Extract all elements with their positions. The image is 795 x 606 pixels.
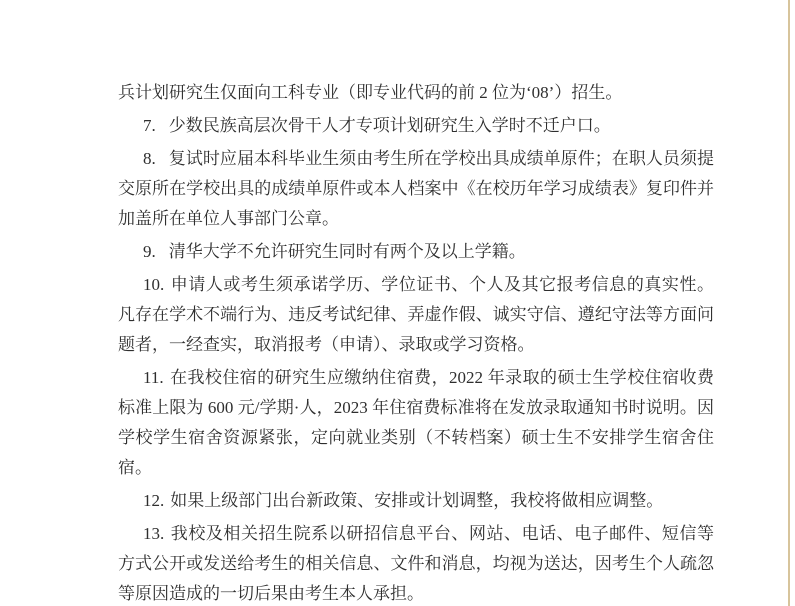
paragraph: 11.在我校住宿的研究生应缴纳住宿费，2022 年录取的硕士生学校住宿收费标准上… (118, 363, 714, 483)
item-number: 10. (143, 275, 164, 294)
paragraph-text: 申请人或考生须承诺学历、学位证书、个人及其它报考信息的真实性。凡存在学术不端行为… (118, 275, 714, 354)
paragraph-text: 我校及相关招生院系以研招信息平台、网站、电话、电子邮件、短信等方式公开或发送给考… (118, 524, 714, 603)
paragraph: 兵计划研究生仅面向工科专业（即专业代码的前 2 位为‘08’）招生。 (118, 78, 714, 108)
item-number: 7. (143, 116, 156, 135)
paragraph-text: 如果上级部门出台新政策、安排或计划调整，我校将做相应调整。 (170, 491, 663, 510)
paragraph-text: 复试时应届本科毕业生须由考生所在学校出具成绩单原件；在职人员须提交原所在学校出具… (118, 149, 714, 228)
paragraph: 7.少数民族高层次骨干人才专项计划研究生入学时不迁户口。 (118, 111, 714, 141)
item-number: 9. (143, 242, 156, 261)
document-page: 兵计划研究生仅面向工科专业（即专业代码的前 2 位为‘08’）招生。7.少数民族… (0, 0, 795, 606)
item-number: 12. (143, 491, 164, 510)
paragraph: 12.如果上级部门出台新政策、安排或计划调整，我校将做相应调整。 (118, 486, 714, 516)
paragraph-text: 在我校住宿的研究生应缴纳住宿费，2022 年录取的硕士生学校住宿收费标准上限为 … (118, 368, 714, 477)
item-number: 8. (143, 149, 156, 168)
paragraph: 13.我校及相关招生院系以研招信息平台、网站、电话、电子邮件、短信等方式公开或发… (118, 519, 714, 606)
document-content: 兵计划研究生仅面向工科专业（即专业代码的前 2 位为‘08’）招生。7.少数民族… (118, 78, 714, 606)
paragraph-text: 清华大学不允许研究生同时有两个及以上学籍。 (169, 242, 526, 261)
paragraph: 8.复试时应届本科毕业生须由考生所在学校出具成绩单原件；在职人员须提交原所在学校… (118, 144, 714, 234)
item-number: 11. (143, 368, 164, 387)
item-number: 13. (143, 524, 164, 543)
paragraph-text: 兵计划研究生仅面向工科专业（即专业代码的前 2 位为‘08’）招生。 (118, 83, 622, 102)
paragraph: 9.清华大学不允许研究生同时有两个及以上学籍。 (118, 237, 714, 267)
paragraph-text: 少数民族高层次骨干人才专项计划研究生入学时不迁户口。 (169, 116, 611, 135)
paragraph: 10.申请人或考生须承诺学历、学位证书、个人及其它报考信息的真实性。凡存在学术不… (118, 270, 714, 360)
page-right-edge-line (788, 0, 790, 606)
